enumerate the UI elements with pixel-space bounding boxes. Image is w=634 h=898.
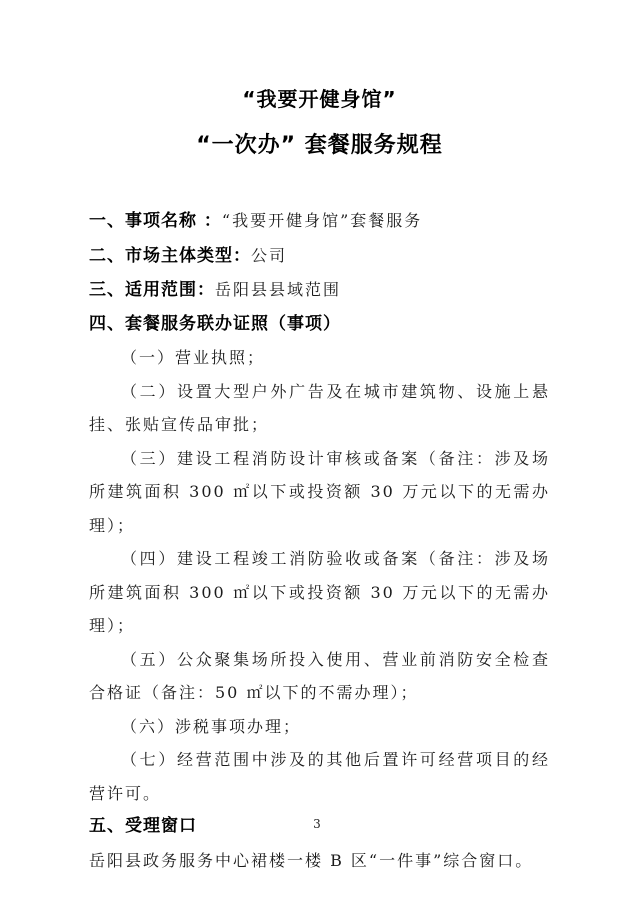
document-body: 一、事项名称 ：“我要开健身馆”套餐服务 二、市场主体类型：公司 三、适用范围：… <box>89 204 550 877</box>
field-market-entity-type-value: 公司 <box>251 246 287 265</box>
document-page: “我要开健身馆” “一次办” 套餐服务规程 一、事项名称 ：“我要开健身馆”套餐… <box>0 0 634 898</box>
license-item-1: （一）营业执照； <box>89 341 550 375</box>
license-item-4: （四）建设工程竣工消防验收或备案（备注：涉及场所建筑面积 300 ㎡以下或投资额… <box>89 542 550 643</box>
license-item-7: （七）经营范围中涉及的其他后置许可经营项目的经营许可。 <box>89 743 550 810</box>
field-applicable-scope-label: 三、适用范围： <box>89 280 215 300</box>
doc-title-line-2: “一次办” 套餐服务规程 <box>89 132 550 160</box>
license-item-5: （五）公众聚集场所投入使用、营业前消防安全检查合格证（备注：50 ㎡以下的不需办… <box>89 643 550 710</box>
license-item-6: （六）涉税事项办理； <box>89 710 550 744</box>
field-item-name-label: 一、事项名称 ： <box>89 211 222 231</box>
field-market-entity-type: 二、市场主体类型：公司 <box>89 239 550 274</box>
field-applicable-scope: 三、适用范围：岳阳县县域范围 <box>89 273 550 308</box>
acceptance-window-text: 岳阳县政务服务中心裙楼一楼 B 区“一件事”综合窗口。 <box>89 844 550 878</box>
license-item-3: （三）建设工程消防设计审核或备案（备注：涉及场所建筑面积 300 ㎡以下或投资额… <box>89 442 550 543</box>
field-applicable-scope-value: 岳阳县县域范围 <box>215 280 341 299</box>
page-number: 3 <box>0 817 634 831</box>
field-market-entity-type-label: 二、市场主体类型： <box>89 246 251 266</box>
doc-title-line-1: “我要开健身馆” <box>89 86 550 112</box>
license-item-2: （二）设置大型户外广告及在城市建筑物、设施上悬挂、张贴宣传品审批； <box>89 375 550 442</box>
document-content: “我要开健身馆” “一次办” 套餐服务规程 一、事项名称 ：“我要开健身馆”套餐… <box>89 0 550 877</box>
field-item-name-value: “我要开健身馆”套餐服务 <box>222 211 422 230</box>
section-heading-licenses: 四、套餐服务联办证照（事项） <box>89 308 550 342</box>
field-item-name: 一、事项名称 ：“我要开健身馆”套餐服务 <box>89 204 550 239</box>
